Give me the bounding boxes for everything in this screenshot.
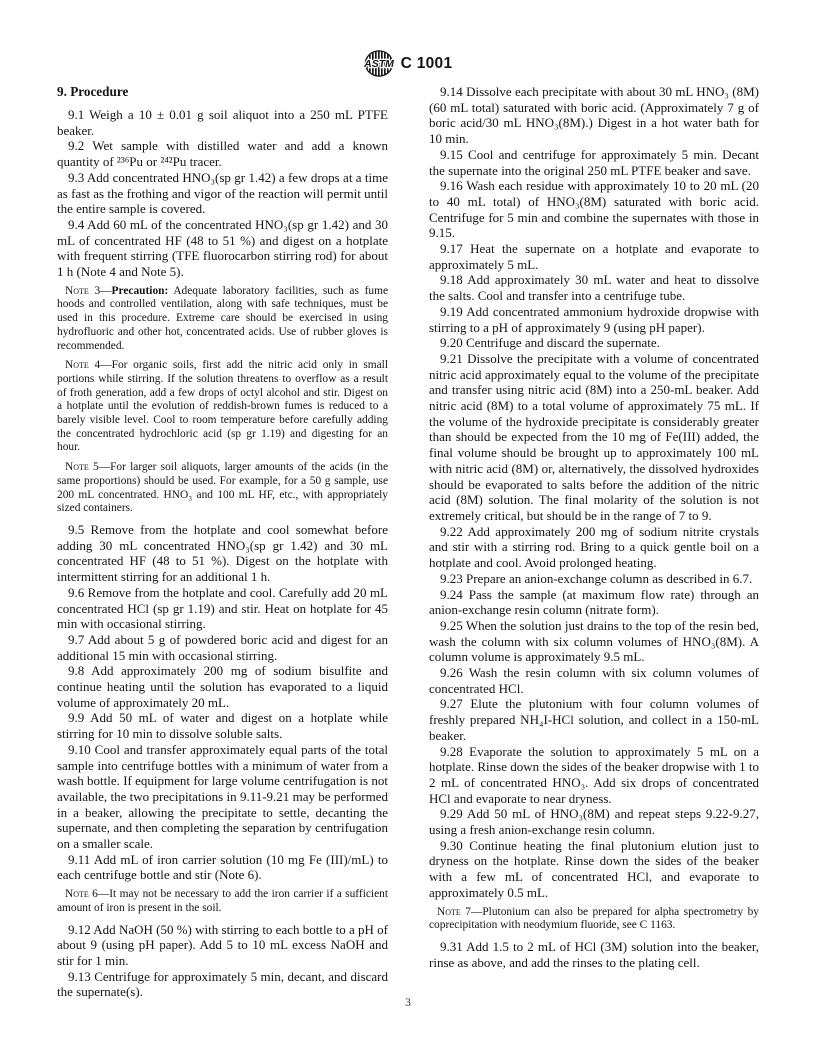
step-9-23: 9.23 Prepare an anion-exchange column as… [429, 571, 759, 587]
step-9-12: 9.12 Add NaOH (50 %) with stirring to ea… [57, 922, 388, 969]
note-5-label: Note 5 [65, 461, 99, 473]
astm-logo-text: ASTM [364, 58, 394, 70]
note-4: Note 4—For organic soils, first add the … [57, 359, 388, 455]
note-6-separator: — [98, 888, 109, 900]
step-9-11: 9.11 Add mL of iron carrier solution (10… [57, 852, 388, 883]
step-9-8: 9.8 Add approximately 200 mg of sodium b… [57, 663, 388, 710]
step-9-13: 9.13 Centrifuge for approximately 5 min,… [57, 969, 388, 1000]
step-9-7: 9.7 Add about 5 g of powdered boric acid… [57, 632, 388, 663]
step-9-20: 9.20 Centrifuge and discard the supernat… [429, 335, 759, 351]
step-9-16: 9.16 Wash each residue with approximatel… [429, 178, 759, 241]
step-9-18: 9.18 Add approximately 30 mL water and h… [429, 272, 759, 303]
document-header: ASTM C 1001 [0, 50, 816, 77]
note-6: Note 6—It may not be necessary to add th… [57, 888, 388, 915]
astm-logo-icon: ASTM [364, 50, 394, 77]
step-9-3: 9.3 Add concentrated HNO₃(sp gr 1.42) a … [57, 170, 388, 217]
step-9-28: 9.28 Evaporate the solution to approxima… [429, 744, 759, 807]
page-number: 3 [0, 997, 816, 1009]
note-5: Note 5—For larger soil aliquots, larger … [57, 461, 388, 516]
note-7-separator: — [471, 906, 482, 918]
step-9-25: 9.25 When the solution just drains to th… [429, 618, 759, 665]
step-9-30: 9.30 Continue heating the final plutoniu… [429, 838, 759, 901]
document-page: ASTM C 1001 9. Procedure 9.1 Weigh a 10 … [0, 0, 816, 1056]
step-9-27: 9.27 Elute the plutonium with four colum… [429, 696, 759, 743]
step-9-2: 9.2 Wet sample with distilled water and … [57, 138, 388, 169]
step-9-26: 9.26 Wash the resin column with six colu… [429, 665, 759, 696]
step-9-5: 9.5 Remove from the hotplate and cool so… [57, 522, 388, 585]
document-code: C 1001 [401, 55, 453, 73]
note-4-label: Note 4 [65, 359, 100, 371]
step-9-10: 9.10 Cool and transfer approximately equ… [57, 742, 388, 852]
step-9-21: 9.21 Dissolve the precipitate with a vol… [429, 351, 759, 524]
step-9-6: 9.6 Remove from the hotplate and cool. C… [57, 585, 388, 632]
note-5-separator: — [99, 461, 110, 473]
left-column: 9. Procedure 9.1 Weigh a 10 ± 0.01 g soi… [57, 84, 388, 1000]
note-7-label: Note 7 [437, 906, 471, 918]
note-7: Note 7—Plutonium can also be prepared fo… [429, 906, 759, 933]
step-9-31: 9.31 Add 1.5 to 2 mL of HCl (3M) solutio… [429, 939, 759, 970]
note-6-label: Note 6 [65, 888, 98, 900]
note-4-separator: — [100, 359, 111, 371]
section-heading: 9. Procedure [57, 84, 388, 100]
note-3-separator: — [100, 285, 111, 297]
step-9-19: 9.19 Add concentrated ammonium hydroxide… [429, 304, 759, 335]
note-3-label: Note 3 [65, 285, 100, 297]
step-9-9: 9.9 Add 50 mL of water and digest on a h… [57, 710, 388, 741]
step-9-22: 9.22 Add approximately 200 mg of sodium … [429, 524, 759, 571]
step-9-1: 9.1 Weigh a 10 ± 0.01 g soil aliquot int… [57, 107, 388, 138]
step-9-29: 9.29 Add 50 mL of HNO₃(8M) and repeat st… [429, 806, 759, 837]
note-4-text: For organic soils, first add the nitric … [57, 359, 388, 453]
step-9-17: 9.17 Heat the supernate on a hotplate an… [429, 241, 759, 272]
step-9-14: 9.14 Dissolve each precipitate with abou… [429, 84, 759, 147]
right-column: 9.14 Dissolve each precipitate with abou… [429, 84, 759, 970]
step-9-24: 9.24 Pass the sample (at maximum flow ra… [429, 587, 759, 618]
step-9-15: 9.15 Cool and centrifuge for approximate… [429, 147, 759, 178]
note-3: Note 3—Precaution: Adequate laboratory f… [57, 285, 388, 354]
note-3-bold-text: Precaution: [112, 285, 169, 297]
step-9-4: 9.4 Add 60 mL of the concentrated HNO₃(s… [57, 217, 388, 280]
